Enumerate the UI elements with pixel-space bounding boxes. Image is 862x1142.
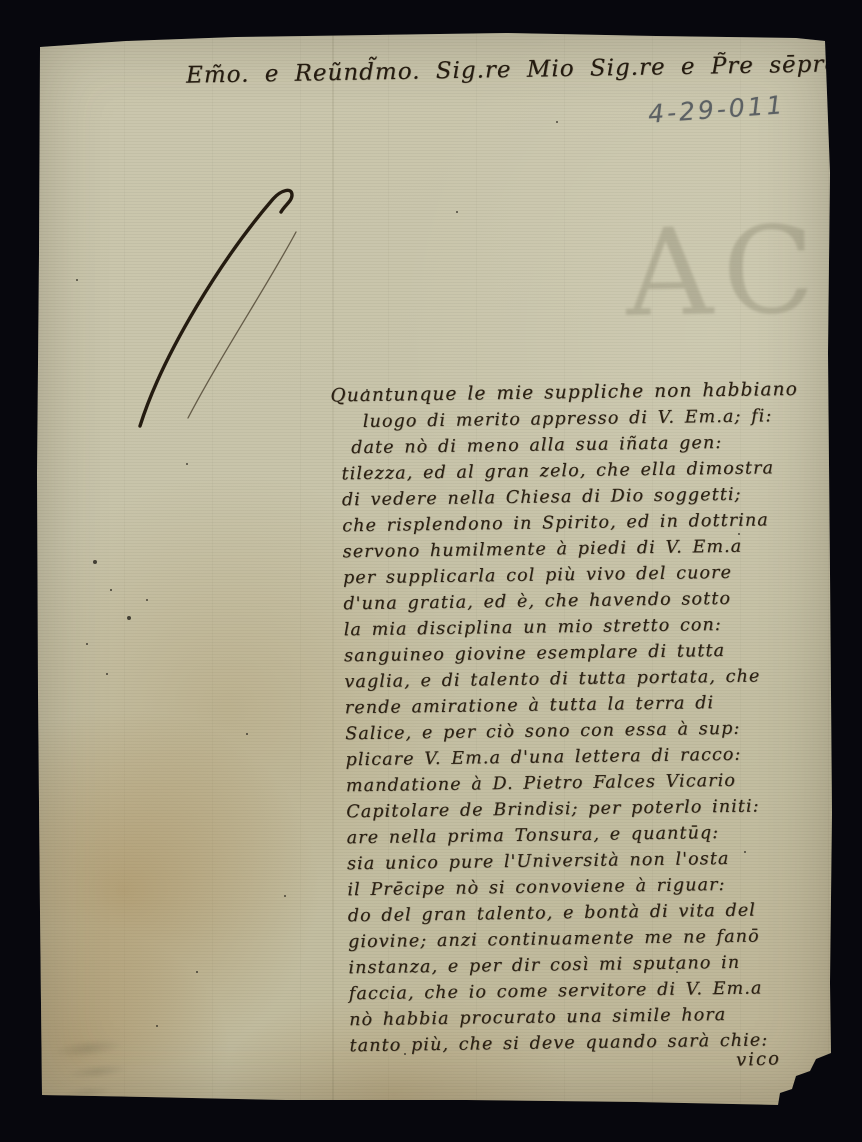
letter-body: Quantunque le mie suppliche non habbiano… <box>330 377 831 1060</box>
scanner-background: AC Em̃o. e Reũnd̃mo. Sig.re Mio Sig.re e… <box>0 0 862 1142</box>
ink-specks <box>36 33 38 35</box>
salutation-line: Em̃o. e Reũnd̃mo. Sig.re Mio Sig.re e P̃… <box>186 51 834 88</box>
paper-watermark: AC <box>625 201 847 344</box>
show-through-smudge <box>38 1017 166 1109</box>
letter-page: AC Em̃o. e Reũnd̃mo. Sig.re Mio Sig.re e… <box>36 33 832 1105</box>
pen-flourish-mark <box>135 185 305 470</box>
catchword: vico <box>736 1048 782 1071</box>
archival-number-annotation: 4-29-011 <box>647 90 786 129</box>
